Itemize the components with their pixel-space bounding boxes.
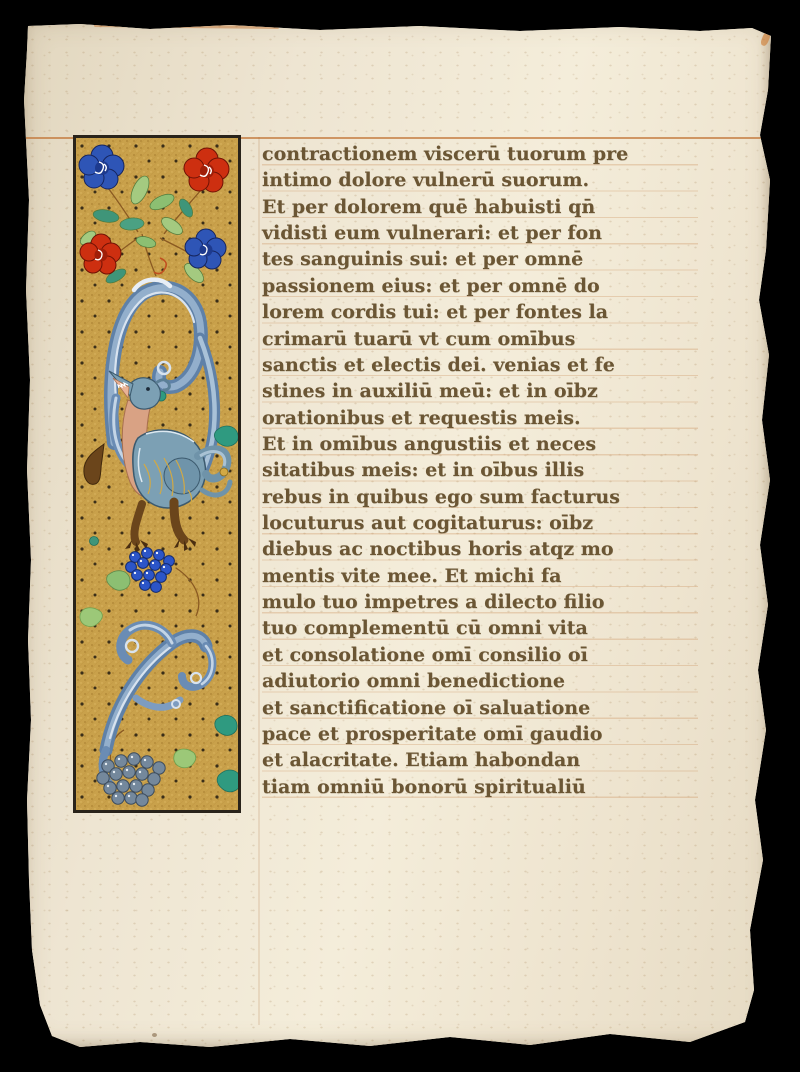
manuscript-text-line: Et in omībus angustiis et neces bbox=[262, 431, 698, 457]
manuscript-text-line: tuo complementū cū omni vita bbox=[262, 615, 698, 641]
dragon-haunch bbox=[164, 458, 200, 494]
manuscript-text-line: Et per dolorem quē habuisti qn̄ bbox=[262, 194, 698, 220]
manuscript-text-line: vidisti eum vulnerari: et per fon bbox=[262, 220, 698, 246]
illuminated-border-panel bbox=[73, 135, 241, 813]
manuscript-text-line: rebus in quibus ego sum facturus bbox=[262, 484, 698, 510]
manuscript-text-line: locuturus aut cogitaturus: oībz bbox=[262, 510, 698, 536]
manuscript-text-line: diebus ac noctibus horis atqz mo bbox=[262, 536, 698, 562]
manuscript-text-line: et alacritate. Etiam habondan bbox=[262, 747, 698, 773]
speck-mark bbox=[152, 1033, 157, 1037]
ruling-line-vertical bbox=[258, 137, 260, 1025]
manuscript-leaf: contractionem viscerū tuorum preintimo d… bbox=[24, 20, 772, 1048]
manuscript-text-line: et consolatione omī consilio oī bbox=[262, 642, 698, 668]
manuscript-text-line: lorem cordis tui: et per fontes la bbox=[262, 299, 698, 325]
border-illumination bbox=[76, 138, 238, 810]
manuscript-text-line: mulo tuo impetres a dilecto filio bbox=[262, 589, 698, 615]
manuscript-text-line: intimo dolore vulnerū suorum. bbox=[262, 167, 698, 193]
manuscript-text-line: pace et prosperitate omī gaudio bbox=[262, 721, 698, 747]
manuscript-text-line: orationibus et requestis meis. bbox=[262, 405, 698, 431]
stain-mark-corner bbox=[760, 31, 772, 47]
dragon-tail-gold-tip bbox=[220, 468, 228, 476]
dragon-eye bbox=[146, 387, 150, 391]
manuscript-text-line: mentis vite mee. Et michi fa bbox=[262, 563, 698, 589]
manuscript-text-line: tes sanguinis sui: et per omnē bbox=[262, 246, 698, 272]
stain-mark-top bbox=[94, 24, 279, 29]
manuscript-text-line: et sanctificatione oī saluatione bbox=[262, 695, 698, 721]
text-block: contractionem viscerū tuorum preintimo d… bbox=[262, 141, 698, 802]
manuscript-text-line: stines in auxiliū meū: et in oībz bbox=[262, 378, 698, 404]
photo-background: contractionem viscerū tuorum preintimo d… bbox=[0, 0, 800, 1072]
manuscript-text-line: contractionem viscerū tuorum pre bbox=[262, 141, 698, 167]
manuscript-text-line: crimarū tuarū vt cum omībus bbox=[262, 326, 698, 352]
manuscript-text-line: passionem eius: et per omnē do bbox=[262, 273, 698, 299]
manuscript-text-line: sanctis et electis dei. venias et fe bbox=[262, 352, 698, 378]
manuscript-text-line: tiam omniū bonorū spiritualiū bbox=[262, 774, 698, 800]
manuscript-text-line: adiutorio omni benedictione bbox=[262, 668, 698, 694]
manuscript-text-line: sitatibus meis: et in oībus illis bbox=[262, 457, 698, 483]
